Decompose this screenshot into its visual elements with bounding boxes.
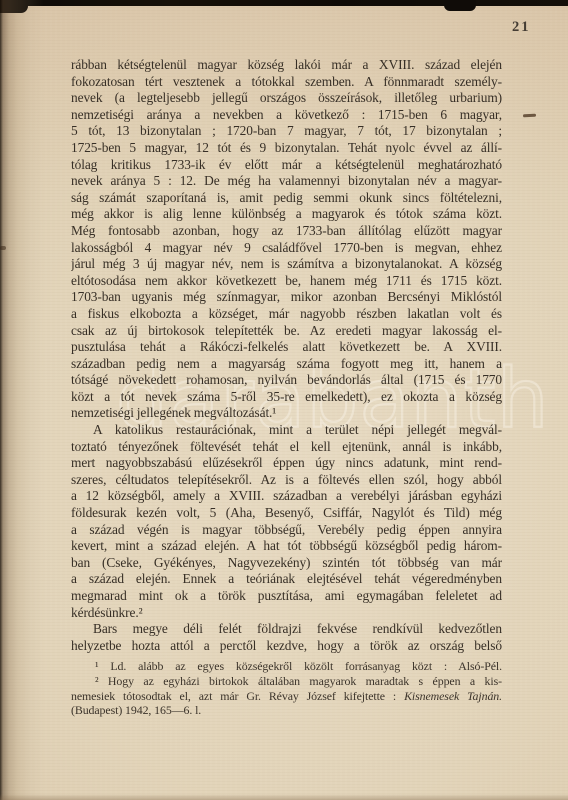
scan-gutter-shadow	[0, 0, 44, 800]
text-line: a század végén is magyar többségű, Vereb…	[71, 522, 502, 539]
text-line: Bars megye déli felét földrajzi fekvése …	[71, 621, 502, 638]
page-number: 21	[512, 19, 531, 36]
footnote-book-title: Kisnemesek Tajnán.	[404, 689, 502, 703]
footnote-text: nemesiek tótosodtak el, azt már Gr. Réva…	[71, 689, 396, 703]
footnote-line: ² Hogy az egyházi birtokok általában mag…	[71, 674, 502, 689]
text-line: járul még 3 új magyar név, nem is számít…	[71, 256, 502, 273]
main-text: rábban kétségtelenül magyar község lakói…	[71, 57, 502, 654]
text-line: nevek aránya 5 : 12. De még ha valamenny…	[71, 173, 502, 190]
text-line: ság számát szaporítaná is, amit pedig se…	[71, 190, 502, 207]
text-line: ban (Cseke, Gyékényes, Nagyvezekény) szi…	[71, 555, 502, 572]
text-line: megmarad mint ok a török pusztítása, ami…	[71, 588, 502, 605]
text-line: nemzetiségi jellegének megváltozását.¹	[71, 405, 502, 422]
text-line: A katolikus restaurációnak, mint a terül…	[71, 422, 502, 439]
text-line: fokozatosan tért vesztenek a tótokkal sz…	[71, 74, 502, 91]
text-line: rábban kétségtelenül magyar község lakói…	[71, 57, 502, 74]
text-line: helyzetbe hozta attól a perctől kezdve, …	[71, 638, 502, 655]
text-line: szeres, céltudatos telepítésekről. Az is…	[71, 472, 502, 489]
text-line: lakosságból 4 magyar név 9 családfővel 1…	[71, 240, 502, 257]
scan-edge-top	[0, 0, 568, 6]
scan-scratch-mark	[523, 114, 536, 117]
text-line: földesurak kezén volt, 5 (Aha, Besenyő, …	[71, 505, 502, 522]
text-line: 1725-ben 5 magyar, 12 tót és 9 bizonytal…	[71, 140, 502, 157]
text-line: tótságé növekedett rohamosan, nyilván be…	[71, 372, 502, 389]
footnote-line: (Budapest) 1942, 165—6. l.	[71, 703, 502, 718]
text-line: nevek (a legteljesebb jellegű országos ö…	[71, 90, 502, 107]
text-line: pusztulása tehát a Rákóczi-felkelés alat…	[71, 339, 502, 356]
text-line: Még fontosabb azonban, hogy az 1733-ban …	[71, 223, 502, 240]
text-line: a 12 községből, amely a XVIII. században…	[71, 488, 502, 505]
text-line: században pedig nem a magyarság száma fo…	[71, 356, 502, 373]
text-line: a század elején. Ennek a teóriának elejt…	[71, 571, 502, 588]
text-line: kevert, mint a század elején. A hat tót …	[71, 538, 502, 555]
scan-edge-bottom	[0, 794, 568, 800]
text-line: nemzetiségi aránya a nevekben a következ…	[71, 107, 502, 124]
scan-speck	[0, 246, 6, 250]
text-line: közt a tót nevek száma 5-ről 35-re emelk…	[71, 389, 502, 406]
text-line: mert nagyobbszabású elűzésekről éppen úg…	[71, 455, 502, 472]
text-line: csak az új birtokosok telepítették be. A…	[71, 323, 502, 340]
scanned-book-page: darabanth 21 rábban kétségtelenül magyar…	[0, 0, 568, 800]
text-line: toztató tényezőnek föltevését tehát el k…	[71, 439, 502, 456]
text-line: még akkor is alig lenne különbség a magy…	[71, 206, 502, 223]
text-line: a fiskus elkobozta a községet, már nagyo…	[71, 306, 502, 323]
text-line: eltótosodása nem akkor következett be, h…	[71, 273, 502, 290]
footnotes: ¹ Ld. alább az egyes községekről közölt …	[71, 659, 502, 718]
text-line: 5 tót, 13 bizonytalan ; 1720-ban 7 magya…	[71, 123, 502, 140]
footnote-line: nemesiek tótosodtak el, azt már Gr. Réva…	[71, 689, 502, 704]
text-line: tólag kritikus 1733-ik év előtt már a ké…	[71, 157, 502, 174]
text-line: 1703-ban ugyanis még színmagyar, mikor a…	[71, 289, 502, 306]
footnote-line: ¹ Ld. alább az egyes községekről közölt …	[71, 659, 502, 674]
text-line: kérdésünkre.²	[71, 605, 502, 622]
